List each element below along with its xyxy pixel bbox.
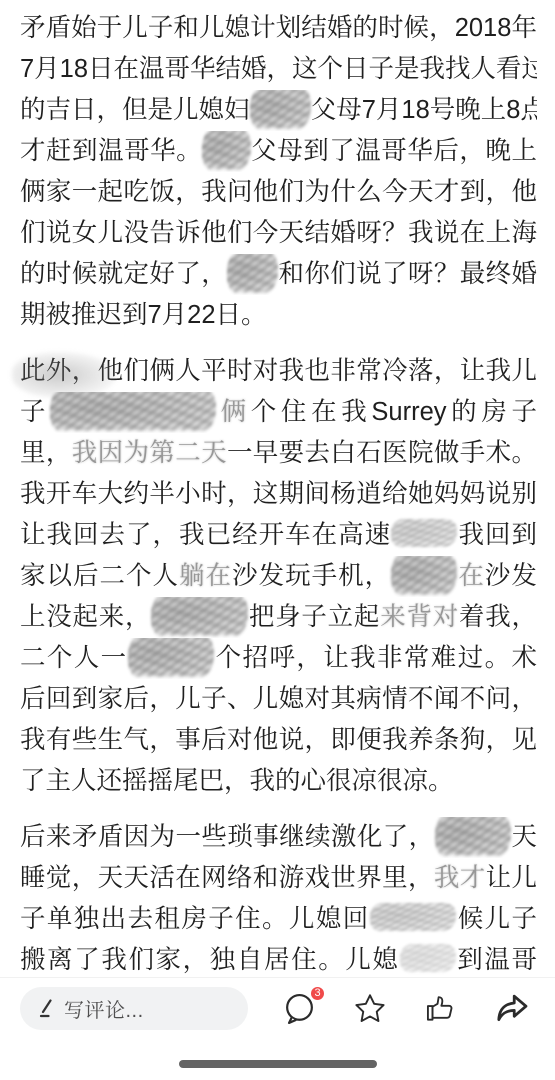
like-button[interactable]	[423, 991, 458, 1026]
redaction-scribble	[391, 519, 457, 547]
smudged-text: 我因为第二天	[72, 439, 227, 467]
text-line: 让我回去了，我已经开车在高速我回到	[20, 515, 537, 556]
text-run: 俩家一起吃饭，我问他们为什么今天才到，他	[20, 178, 537, 206]
text-run: 里，	[20, 439, 72, 467]
text-run: 沙发玩手机，	[232, 562, 391, 590]
text-line: 我有些生气，事后对他说，即便我养条狗，见	[20, 720, 537, 761]
text-run: 期被推迟到7月22日。	[20, 301, 267, 329]
app-screen: 矛盾始于儿子和儿媳计划结婚的时候，2018年7月18日在温哥华结婚，这个日子是我…	[0, 0, 555, 1080]
text-run: 子	[20, 398, 50, 426]
text-line: 的时候就定好了，和你们说了呀？最终婚	[20, 254, 537, 295]
favorite-button[interactable]	[352, 991, 388, 1027]
redaction-scribble	[50, 392, 216, 430]
text-run: 到温哥	[456, 946, 537, 974]
text-line: 子单独出去租房子住。儿媳回候儿子	[20, 899, 537, 940]
text-line: 家以后二个人躺在沙发玩手机，在沙发	[20, 556, 537, 597]
text-run: 们说女儿没告诉他们今天结婚呀？我说在上海	[20, 219, 537, 247]
text-line: 才赶到温哥华。父母到了温哥华后，晚上	[20, 131, 537, 172]
star-icon	[352, 991, 388, 1027]
redaction-scribble	[151, 597, 248, 635]
paragraph: 后来矛盾因为一些琐事继续激化了，天睡觉，天天活在网络和游戏世界里，我才让儿子单独…	[20, 817, 537, 981]
comments-button[interactable]: 3	[282, 991, 317, 1026]
redaction-scribble	[128, 638, 215, 676]
thumbs-up-icon	[423, 991, 458, 1026]
text-run: 让我回去了，我已经开车在高速	[20, 521, 391, 549]
paragraph: 此外，他们俩人平时对我也非常冷落，让我儿子俩个住在我Surrey的房子里，我因为…	[20, 351, 537, 802]
redaction-scribble	[370, 903, 457, 931]
redaction-scribble	[400, 944, 456, 972]
action-icons: 3	[282, 991, 531, 1027]
comment-input[interactable]: 写评论...	[20, 987, 248, 1030]
redaction-scribble	[391, 556, 457, 594]
text-line: 此外，他们俩人平时对我也非常冷落，让我儿	[20, 351, 537, 392]
text-line: 子俩个住在我Surrey的房子	[20, 392, 537, 433]
text-line: 们说女儿没告诉他们今天结婚呀？我说在上海	[20, 213, 537, 254]
text-line: 上没起来，把身子立起来背对着我，	[20, 597, 537, 638]
comment-count-badge: 3	[309, 985, 326, 1002]
text-line: 里，我因为第二天一早要去白石医院做手术。	[20, 433, 537, 474]
text-run: 二个人一	[20, 644, 128, 672]
text-run: 天	[511, 823, 537, 851]
text-line: 我开车大约半小时，这期间杨逍给她妈妈说别	[20, 474, 537, 515]
comment-bar-row: 写评论... 3	[0, 978, 555, 1030]
text-run: 了主人还摇摇尾巴，我的心很凉很凉。	[20, 767, 454, 795]
text-run: 父母7月18号晚上8点	[311, 96, 537, 124]
text-run: 父母到了温哥华后，晚上	[251, 137, 537, 165]
text-run: 搬离了我们家，独自居住。儿媳	[20, 946, 400, 974]
text-run: 7月18日在温哥华结婚，这个日子是我找人看过	[20, 55, 537, 83]
comment-placeholder: 写评论...	[64, 994, 144, 1023]
text-line: 矛盾始于儿子和儿媳计划结婚的时候，2018年	[20, 8, 537, 49]
text-run: 我有些生气，事后对他说，即便我养条狗，见	[20, 726, 537, 754]
text-run: 一早要去白石医院做手术。	[227, 439, 537, 467]
text-run: 的时候就定好了，	[20, 260, 227, 288]
smudged-text: 俩	[216, 398, 251, 426]
share-arrow-icon	[493, 992, 531, 1026]
article-text[interactable]: 矛盾始于儿子和儿媳计划结婚的时候，2018年7月18日在温哥华结婚，这个日子是我…	[0, 0, 555, 981]
text-run: 和你们说了呀？最终婚	[278, 260, 537, 288]
text-line: 二个人一个招呼，让我非常难过。术	[20, 638, 537, 679]
text-line: 后来矛盾因为一些琐事继续激化了，天	[20, 817, 537, 858]
text-run: 矛盾始于儿子和儿媳计划结婚的时候，2018年	[20, 14, 537, 42]
home-indicator[interactable]	[179, 1060, 377, 1068]
share-button[interactable]	[493, 992, 531, 1026]
redaction-scribble	[227, 254, 278, 292]
text-run: 我开车大约半小时，这期间杨逍给她妈妈说别	[20, 480, 537, 508]
text-line: 期被推迟到7月22日。	[20, 295, 537, 336]
text-run: 个招呼，让我非常难过。术	[214, 644, 537, 672]
text-run: 后回到家后，儿子、儿媳对其病情不闻不问，	[20, 685, 537, 713]
text-run: 子单独出去租房子住。儿媳回	[20, 905, 370, 933]
text-line: 7月18日在温哥华结婚，这个日子是我找人看过	[20, 49, 537, 90]
pencil-icon	[37, 999, 54, 1018]
text-run: 我回到	[457, 521, 537, 549]
text-line: 搬离了我们家，独自居住。儿媳到温哥	[20, 940, 537, 981]
redaction-scribble	[202, 131, 250, 169]
text-run: 才赶到温哥华。	[20, 137, 202, 165]
text-run: 睡觉，天天活在网络和游戏世界里，	[20, 864, 434, 892]
text-run: 沙发	[485, 562, 537, 590]
text-line: 俩家一起吃饭，我问他们为什么今天才到，他	[20, 172, 537, 213]
smudged-text: 在	[457, 562, 485, 590]
smudged-text: 我才	[434, 864, 486, 892]
smudged-text: 躺在	[179, 562, 232, 590]
text-run: 着我，	[459, 603, 537, 631]
text-run: 让儿	[486, 864, 537, 892]
text-run: 上没起来，	[20, 603, 151, 631]
text-run: 的吉日，但是儿媳妇	[20, 96, 250, 124]
redaction-scribble	[250, 90, 311, 128]
text-run: 把身子立起	[248, 603, 380, 631]
text-run: 个住在我Surrey的房子	[251, 398, 537, 426]
text-line: 了主人还摇摇尾巴，我的心很凉很凉。	[20, 761, 537, 802]
text-line: 的吉日，但是儿媳妇父母7月18号晚上8点	[20, 90, 537, 131]
text-line: 后回到家后，儿子、儿媳对其病情不闻不问，	[20, 679, 537, 720]
smudged-text: 来背对	[380, 603, 459, 631]
text-run: 候儿子	[456, 905, 537, 933]
text-run: 此外，他们俩人平时对我也非常冷落，让我儿	[20, 357, 537, 385]
redaction-scribble	[435, 817, 512, 855]
text-run: 家以后二个人	[20, 562, 179, 590]
paragraph: 矛盾始于儿子和儿媳计划结婚的时候，2018年7月18日在温哥华结婚，这个日子是我…	[20, 8, 537, 336]
text-run: 后来矛盾因为一些琐事继续激化了，	[20, 823, 435, 851]
text-line: 睡觉，天天活在网络和游戏世界里，我才让儿	[20, 858, 537, 899]
